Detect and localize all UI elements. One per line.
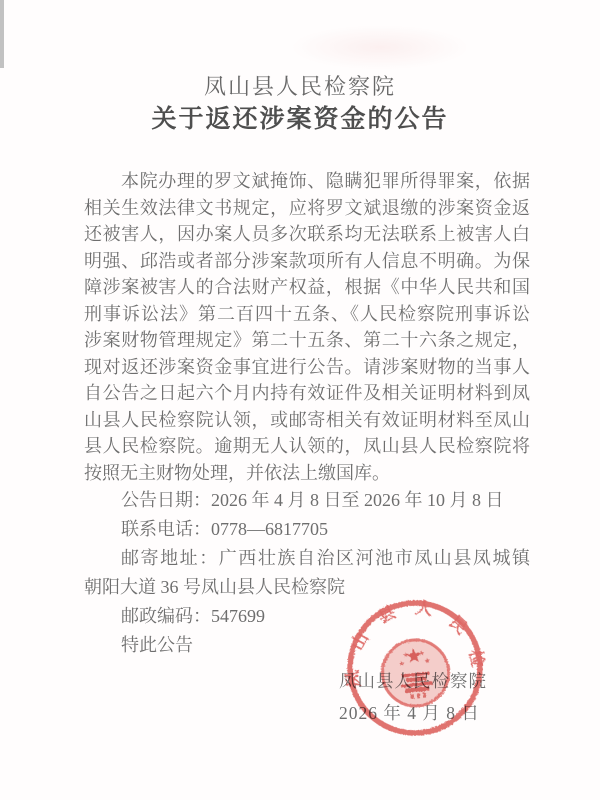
text-line: 朝阳大道 36 号凤山县人民检察院 — [84, 573, 530, 602]
page-title: 关于返还涉案资金的公告 — [0, 99, 600, 135]
text-line: 公告日期：2026 年 4 月 8 日至 2026 年 10 月 8 日 — [84, 486, 530, 515]
text-line: 自公告之日起六个月内持有效证件及相关证明材料到凤 — [84, 380, 530, 407]
scan-artifact-strip — [0, 0, 4, 68]
body-paragraph: 本院办理的罗文斌掩饰、隐瞒犯罪所得罪案，依据相关生效法律文书规定，应将罗文斌退缴… — [84, 168, 530, 486]
signature-org-name: 凤山县人民检察院 — [339, 665, 487, 697]
text-line: 县人民检察院。逾期无人认领的，凤山县人民检察院将 — [84, 433, 530, 460]
scan-artifact-smudge — [290, 25, 470, 70]
text-line: 邮政编码：547699 — [84, 602, 530, 631]
signature-block: 凤山县人民检察院 2026 年 4 月 8 日 — [339, 665, 487, 729]
details-section: 公告日期：2026 年 4 月 8 日至 2026 年 10 月 8 日联系电话… — [84, 486, 530, 660]
signature-date: 2026 年 4 月 8 日 — [339, 697, 487, 729]
text-line: 邮寄地址：广西壮族自治区河池市凤山县凤城镇 — [84, 544, 530, 573]
org-title: 凤山县人民检察院 — [0, 70, 600, 101]
text-line: 明强、邱浩或者部分涉案款项所有人信息不明确。为保 — [84, 248, 530, 275]
text-line: 现对返还涉案资金事宜进行公告。请涉案财物的当事人 — [84, 354, 530, 381]
text-line: 刑事诉讼法》第二百四十五条、《人民检察院刑事诉讼 — [84, 301, 530, 328]
text-line: 按照无主财物处理，并依法上缴国库。 — [84, 460, 530, 487]
text-line: 还被害人，因办案人员多次联系均无法联系上被害人白 — [84, 221, 530, 248]
text-line: 特此公告 — [84, 631, 530, 660]
text-line: 联系电话：0778—6817705 — [84, 515, 530, 544]
text-line: 障涉案被害人的合法财产权益，根据《中华人民共和国 — [84, 274, 530, 301]
announcement-document: 凤山县人民检察院 关于返还涉案资金的公告 本院办理的罗文斌掩饰、隐瞒犯罪所得罪案… — [0, 0, 600, 800]
text-line: 本院办理的罗文斌掩饰、隐瞒犯罪所得罪案，依据 — [84, 168, 530, 195]
text-line: 相关生效法律文书规定，应将罗文斌退缴的涉案资金返 — [84, 195, 530, 222]
text-line: 山县人民检察院认领，或邮寄相关有效证明材料至凤山 — [84, 407, 530, 434]
text-line: 涉案财物管理规定》第二十五条、第二十六条之规定， — [84, 327, 530, 354]
